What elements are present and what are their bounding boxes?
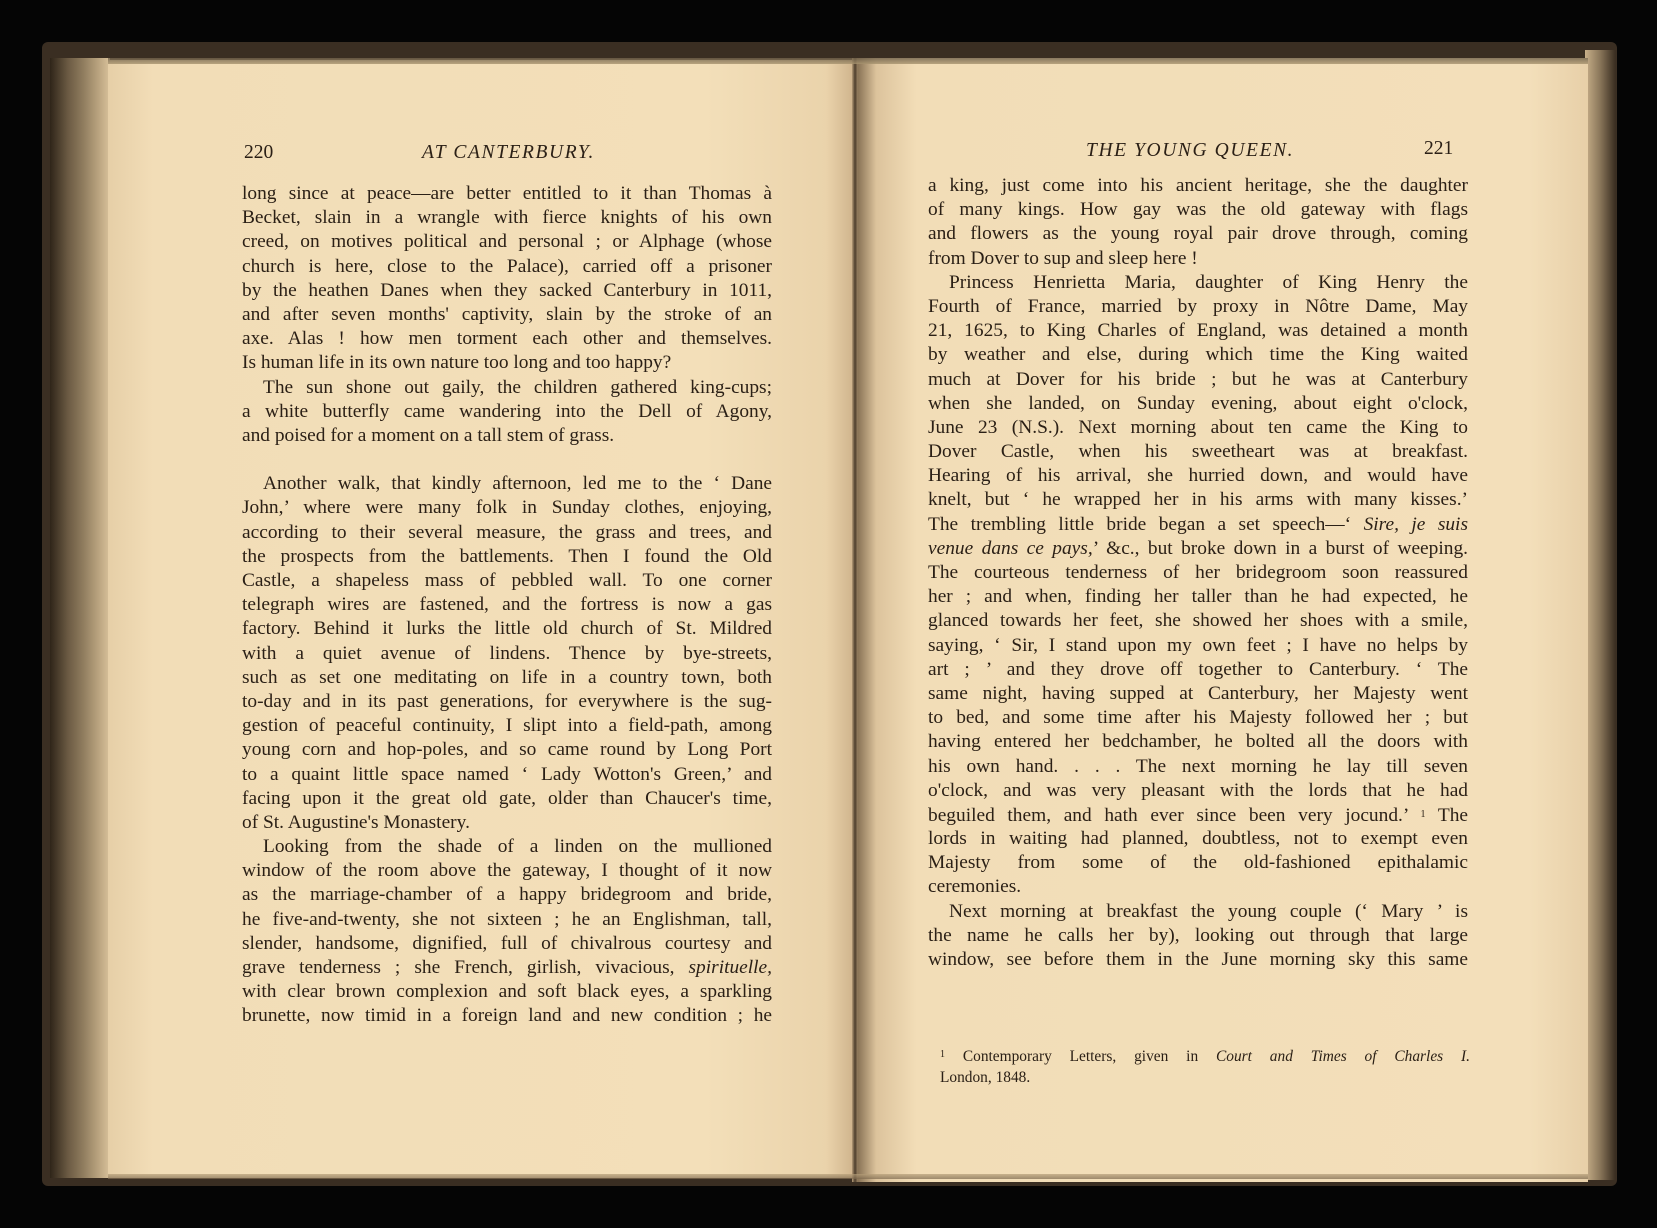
text-line: from Dover to sup and sleep here ! <box>928 247 1468 271</box>
text-line: long since at peace—are better entitled … <box>242 182 772 206</box>
text-line: with a quiet avenue of lindens. Thence b… <box>242 642 772 666</box>
text-line: brunette, now timid in a foreign land an… <box>242 1004 772 1028</box>
text-segment: The <box>1426 805 1468 826</box>
text-line: he five-and-twenty, she not sixteen ; he… <box>242 908 772 932</box>
text-line: by the heathen Danes when they sacked Ca… <box>242 279 772 303</box>
text-line: The sun shone out gaily, the children ga… <box>242 376 772 400</box>
italic-title: Court and Times of Charles I. <box>1216 1048 1470 1065</box>
body-text: a king, just come into his ancient herit… <box>928 174 1468 972</box>
text-line: Becket, slain in a wrangle with fierce k… <box>242 206 772 230</box>
text-line: Looking from the shade of a linden on th… <box>242 835 772 859</box>
text-line: Another walk, that kindly afternoon, led… <box>242 472 772 496</box>
text-line: a king, just come into his ancient herit… <box>928 174 1468 198</box>
text-line: and flowers as the young royal pair drov… <box>928 222 1468 246</box>
text-line: facing upon it the great old gate, older… <box>242 787 772 811</box>
running-head: AT CANTERBURY. <box>422 140 595 166</box>
text-line: saying, ‘ Sir, I stand upon my own feet … <box>928 634 1468 658</box>
text-segment: Contemporary Letters, given in <box>945 1048 1216 1065</box>
text-line: church is here, close to the Palace), ca… <box>242 255 772 279</box>
text-line: his own hand. . . . The next morning he … <box>928 755 1468 779</box>
italic-word: spirituelle, <box>689 957 772 978</box>
text-line: the name he calls her by), looking out t… <box>928 924 1468 948</box>
text-line: when she landed, on Sunday evening, abou… <box>928 392 1468 416</box>
text-line: by weather and else, during which time t… <box>928 343 1468 367</box>
page-number: 220 <box>244 140 273 166</box>
text-line: having entered her bedchamber, he bolted… <box>928 730 1468 754</box>
footnote-line: London, 1848. <box>940 1067 1470 1088</box>
text-line: Princess Henrietta Maria, daughter of Ki… <box>928 271 1468 295</box>
text-line: window, see before them in the June morn… <box>928 948 1468 972</box>
page-number: 221 <box>1424 136 1453 162</box>
text-line: ceremonies. <box>928 875 1468 899</box>
text-line: much at Dover for his bride ; but he was… <box>928 368 1468 392</box>
text-line: as the marriage-chamber of a happy bride… <box>242 883 772 907</box>
running-head: THE YOUNG QUEEN. <box>1086 138 1294 164</box>
text-line: Next morning at breakfast the young coup… <box>928 900 1468 924</box>
page-top-edge <box>108 58 1588 64</box>
text-line: o'clock, and was very pleasant with the … <box>928 779 1468 803</box>
text-line: according to their several measure, the … <box>242 521 772 545</box>
text-line: The courteous tenderness of her bridegro… <box>928 561 1468 585</box>
text-line: her ; and when, finding her taller than … <box>928 585 1468 609</box>
text-line: John,’ where were many folk in Sunday cl… <box>242 496 772 520</box>
text-line: and poised for a moment on a tall stem o… <box>242 424 772 448</box>
text-line: to bed, and some time after his Majesty … <box>928 706 1468 730</box>
text-line: a white butterfly came wandering into th… <box>242 400 772 424</box>
text-line: and after seven months' captivity, slain… <box>242 303 772 327</box>
text-line: glanced towards her feet, she showed her… <box>928 609 1468 633</box>
footnote-line: 1 Contemporary Letters, given in Court a… <box>940 1044 1470 1067</box>
italic-speech: venue dans ce pays, <box>928 538 1093 559</box>
text-line: The trembling little bride began a set s… <box>928 513 1468 537</box>
text-line: to-day and in its past generations, for … <box>242 690 772 714</box>
text-line: Dover Castle, when his sweetheart was at… <box>928 440 1468 464</box>
text-line: knelt, but ‘ he wrapped her in his arms … <box>928 488 1468 512</box>
text-line: axe. Alas ! how men torment each other a… <box>242 327 772 351</box>
text-line: art ; ’ and they drove off together to C… <box>928 658 1468 682</box>
text-line: window of the room above the gateway, I … <box>242 859 772 883</box>
text-line: Majesty from some of the old-fashioned e… <box>928 851 1468 875</box>
text-line: gestion of peaceful continuity, I slipt … <box>242 714 772 738</box>
section-break <box>242 448 772 472</box>
text-line: young corn and hop-poles, and so came ro… <box>242 738 772 762</box>
left-page-edges <box>50 58 110 1178</box>
page-bottom-edge <box>108 1174 1588 1179</box>
text-line: Hearing of his arrival, she hurried down… <box>928 464 1468 488</box>
text-line: the prospects from the battlements. Then… <box>242 545 772 569</box>
text-line: telegraph wires are fastened, and the fo… <box>242 593 772 617</box>
left-page: 220 AT CANTERBURY. long since at peace—a… <box>108 60 856 1178</box>
text-line: grave tenderness ; she French, girlish, … <box>242 956 772 980</box>
text-line: with clear brown complexion and soft bla… <box>242 980 772 1004</box>
text-line: of St. Augustine's Monastery. <box>242 811 772 835</box>
text-line: same night, having supped at Canterbury,… <box>928 682 1468 706</box>
book-gutter <box>852 58 858 1182</box>
footnote: 1 Contemporary Letters, given in Court a… <box>940 1044 1470 1088</box>
text-line: slender, handsome, dignified, full of ch… <box>242 932 772 956</box>
right-page: THE YOUNG QUEEN. 221 a king, just come i… <box>858 58 1588 1182</box>
text-line: venue dans ce pays,’ &c., but broke down… <box>928 537 1468 561</box>
text-line: Is human life in its own nature too long… <box>242 351 772 375</box>
text-segment: beguiled them, and hath ever since been … <box>928 805 1421 826</box>
text-line: lords in waiting had planned, doubtless,… <box>928 827 1468 851</box>
text-segment: grave tenderness ; she French, girlish, … <box>242 957 689 978</box>
text-line: creed, on motives political and personal… <box>242 230 772 254</box>
text-line: Castle, a shapeless mass of pebbled wall… <box>242 569 772 593</box>
text-line: to a quaint little space named ‘ Lady Wo… <box>242 763 772 787</box>
text-line: June 23 (N.S.). Next morning about ten c… <box>928 416 1468 440</box>
text-line: beguiled them, and hath ever since been … <box>928 803 1468 827</box>
right-page-edges <box>1585 50 1615 1180</box>
italic-speech: Sire, je suis <box>1364 514 1468 535</box>
text-segment: The trembling little bride began a set s… <box>928 514 1364 535</box>
text-line: Fourth of France, married by proxy in Nô… <box>928 295 1468 319</box>
text-line: of many kings. How gay was the old gatew… <box>928 198 1468 222</box>
text-line: such as set one meditating on life in a … <box>242 666 772 690</box>
body-text: long since at peace—are better entitled … <box>242 182 772 1029</box>
text-segment: ’ &c., but broke down in a burst of weep… <box>1093 538 1468 559</box>
text-line: factory. Behind it lurks the little old … <box>242 617 772 641</box>
text-line: 21, 1625, to King Charles of England, wa… <box>928 319 1468 343</box>
